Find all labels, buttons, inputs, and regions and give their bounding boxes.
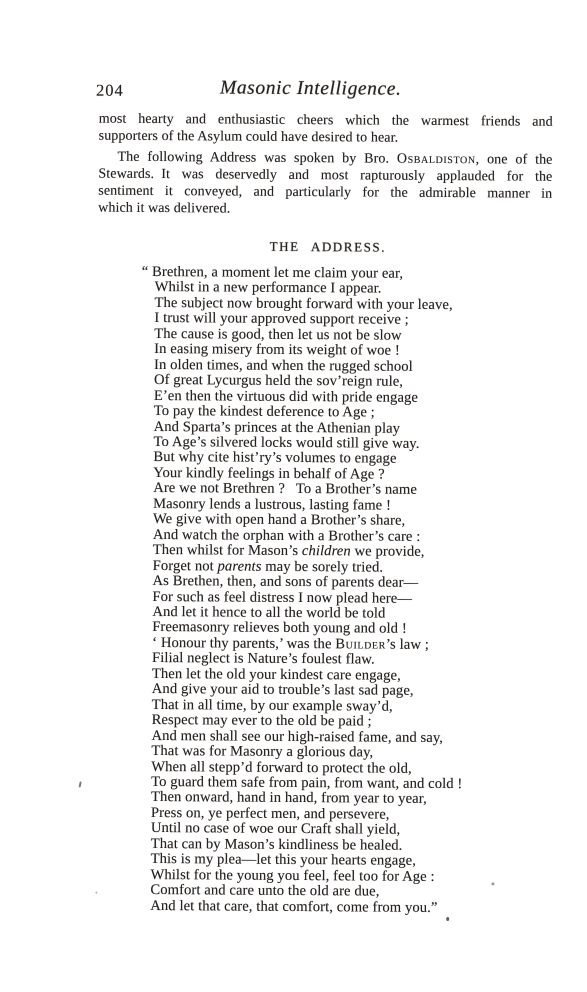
paragraph: most hearty and enthusiastic cheers whic… [99,112,553,149]
address-heading: THE ADDRESS. [98,238,558,257]
text-line: supporters of the Asylum could have desi… [99,128,553,148]
ink-speck [446,917,449,921]
small-caps-text: Osbaldiston [397,152,476,168]
running-title: Masonic Intelligence. [220,77,402,100]
text-line: which it was delivered. [98,200,552,220]
paragraph: The following Address was spoken by Bro.… [98,150,552,220]
poem: “ Brethren, a moment let me claim your e… [150,265,466,916]
page-sheet: 204 Masonic Intelligence. most hearty an… [0,0,587,992]
small-caps-text: Builder [335,636,386,652]
ink-speck [95,892,97,894]
ink-speck [79,781,82,787]
scanned-book-page: 204 Masonic Intelligence. most hearty an… [0,0,587,992]
italic-text: children [302,543,351,559]
intro-paragraphs: most hearty and enthusiastic cheers whic… [98,112,553,220]
ink-speck [491,882,494,885]
poem-line: And let that care, that comfort, come fr… [150,899,461,917]
page-number: 204 [96,81,124,101]
italic-text: parents [218,558,262,574]
